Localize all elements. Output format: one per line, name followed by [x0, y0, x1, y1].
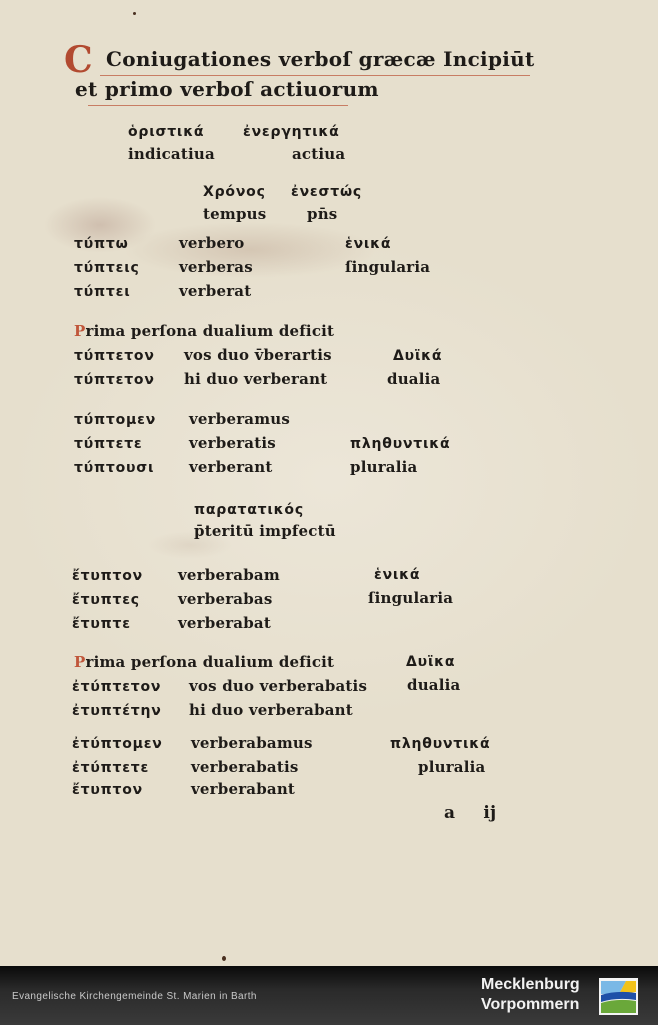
conj-latin: hi duo verberant	[184, 370, 327, 388]
red-rule-1	[100, 75, 530, 76]
institution-name: Evangelische Kirchengemeinde St. Marien …	[12, 991, 257, 1002]
conj-latin: verberant	[189, 458, 272, 476]
conj-greek: ἐτύπτομεν	[72, 736, 163, 752]
title-line-1: Coniugationes verboſ græcæ Incipiūt	[106, 47, 535, 71]
brand-line-2: Vorpommern	[481, 995, 580, 1015]
voice-greek: ἐνεργητικά	[243, 124, 340, 140]
conj-latin: vos duo v̄berartis	[184, 346, 332, 364]
conj-greek: τύπτετον	[74, 348, 155, 364]
ink-speck	[222, 956, 226, 961]
brand-line-1: Mecklenburg	[481, 975, 580, 995]
number-label-latin: dualia	[407, 676, 460, 694]
conj-greek: τύπτω	[74, 236, 129, 252]
conj-latin: vos duo verberabatis	[189, 677, 367, 695]
number-label-latin: pluralia	[418, 758, 485, 776]
number-label-latin: ſingularia	[345, 258, 430, 276]
number-label-greek: πληθυντικά	[350, 436, 450, 452]
red-initial-p: P	[74, 653, 85, 671]
number-label-greek: πληθυντικά	[390, 736, 490, 752]
conj-latin: verberas	[179, 258, 253, 276]
tense-present-greek-2: ἐνεστώς	[291, 184, 362, 200]
red-initial-c: C	[64, 42, 93, 78]
mood-latin: indicatiua	[128, 145, 215, 163]
dual-note: Prima perſona dualium deficit	[74, 653, 334, 671]
conj-latin: verberabant	[191, 780, 295, 798]
footer-bar: Evangelische Kirchengemeinde St. Marien …	[0, 966, 658, 1025]
ink-speck	[133, 12, 136, 15]
red-rule-2	[88, 105, 348, 106]
number-label-latin: ſingularia	[368, 589, 453, 607]
number-label-latin: dualia	[387, 370, 440, 388]
conj-greek: ἔτυπτον	[72, 568, 143, 584]
conj-latin: verbero	[179, 234, 245, 252]
voice-latin: actiua	[292, 145, 345, 163]
conj-latin: verberabamus	[191, 734, 313, 752]
conj-greek: τύπτετον	[74, 372, 155, 388]
conj-greek: τύπτομεν	[74, 412, 156, 428]
conj-latin: verberamus	[189, 410, 290, 428]
conj-latin: verberabas	[178, 590, 272, 608]
tense-present-latin-2: pn̄s	[307, 205, 337, 223]
number-label-greek: Δυϊκά	[393, 348, 442, 364]
mood-greek: ὁριστικά	[128, 124, 204, 140]
conj-greek: ἔτυπτον	[72, 782, 143, 798]
conj-latin: verberat	[179, 282, 251, 300]
dual-note-text: rima perſona dualium deficit	[85, 322, 334, 340]
tense-present-greek: Χρόνος	[203, 184, 266, 200]
conj-greek: τύπτουσι	[74, 460, 154, 476]
conj-latin: hi duo verberabant	[189, 701, 353, 719]
tense-imperfect-greek: παρατατικός	[194, 502, 304, 518]
conj-latin: verberatis	[189, 434, 276, 452]
dual-note-text: rima perſona dualium deficit	[85, 653, 334, 671]
conj-greek: ἐτύπτετον	[72, 679, 161, 695]
conj-latin: verberabat	[178, 614, 271, 632]
conj-latin: verberabam	[178, 566, 280, 584]
scanned-page: C Coniugationes verboſ græcæ Incipiūt et…	[0, 0, 658, 966]
conj-greek: ἐτυπτέτην	[72, 703, 162, 719]
number-label-greek: Δυϊκα	[406, 654, 455, 670]
dual-note: Prima perſona dualium deficit	[74, 322, 334, 340]
conj-greek: ἔτυπτες	[72, 592, 140, 608]
conj-greek: τύπτεις	[74, 260, 140, 276]
number-label-greek: ἑνικά	[345, 236, 391, 252]
brand-logo-text[interactable]: Mecklenburg Vorpommern	[481, 975, 580, 1015]
conj-latin: verberabatis	[191, 758, 299, 776]
conj-greek: ἔτυπτε	[72, 616, 131, 632]
conj-greek: ἐτύπτετε	[72, 760, 149, 776]
title-line-2: et primo verboſ actiuorum	[75, 77, 379, 101]
red-initial-p: P	[74, 322, 85, 340]
number-label-latin: pluralia	[350, 458, 417, 476]
mecklenburg-vorpommern-logo-icon[interactable]	[599, 978, 638, 1015]
conj-greek: τύπτει	[74, 284, 130, 300]
signature-mark: a ij	[444, 803, 496, 823]
tense-imperfect-latin: p̄teritū impfectū	[194, 522, 336, 540]
conj-greek: τύπτετε	[74, 436, 143, 452]
number-label-greek: ἑνικά	[374, 567, 420, 583]
tense-present-latin: tempus	[203, 205, 266, 223]
